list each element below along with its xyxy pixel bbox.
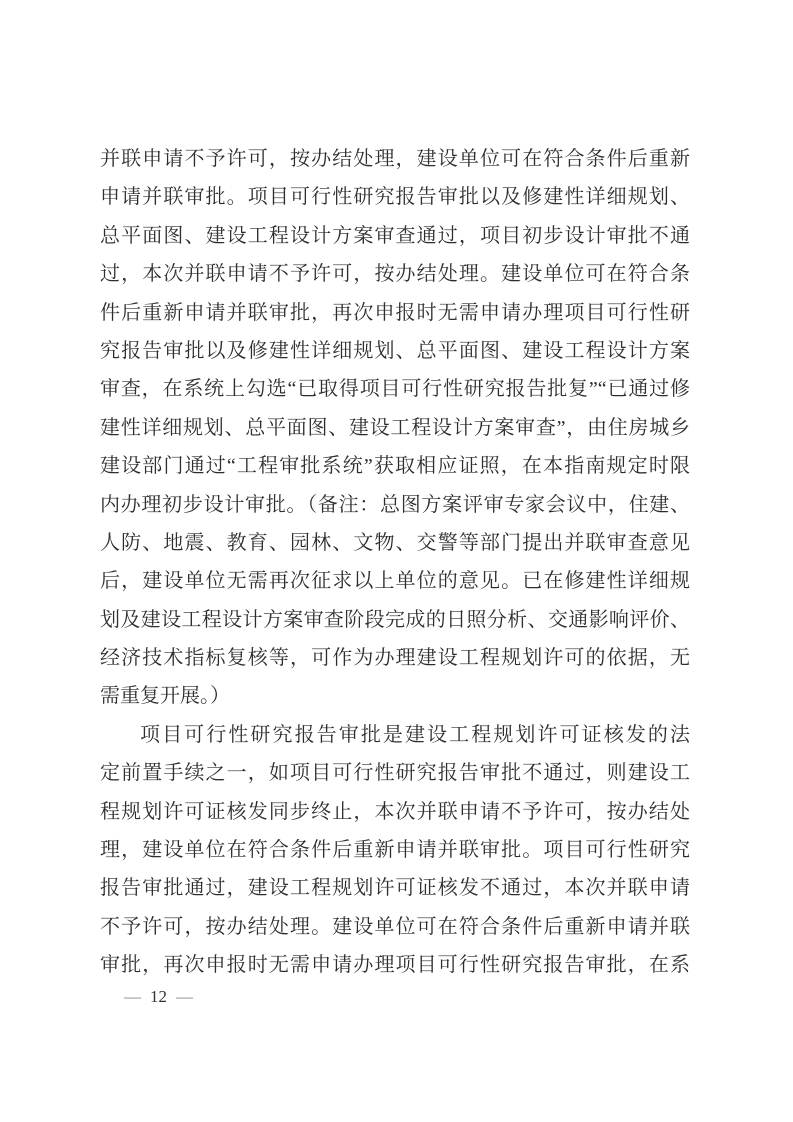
body-line: 内办理初步设计审批。（备注：总图方案评审专家会议中，住建、 xyxy=(100,486,690,524)
body-line: 总平面图、建设工程设计方案审查通过，项目初步设计审批不通 xyxy=(100,217,690,255)
body-line: 划及建设工程设计方案审查阶段完成的日照分析、交通影响评价、 xyxy=(100,601,690,639)
footer-dash-left: — xyxy=(124,987,141,1006)
page-number: 12 xyxy=(141,987,176,1006)
document-page: 并联申请不予许可，按办结处理，建设单位可在符合条件后重新 申请并联审批。项目可行… xyxy=(0,0,793,1122)
body-line: 程规划许可证核发同步终止，本次并联申请不予许可，按办结处 xyxy=(100,793,690,831)
body-line: 并联申请不予许可，按办结处理，建设单位可在符合条件后重新 xyxy=(100,140,690,178)
body-line: 审批，再次申报时无需申请办理项目可行性研究报告审批，在系 xyxy=(100,946,690,984)
body-line: 申请并联审批。项目可行性研究报告审批以及修建性详细规划、 xyxy=(100,178,690,216)
body-line: 报告审批通过，建设工程规划许可证核发不通过，本次并联申请 xyxy=(100,869,690,907)
body-line: 过，本次并联申请不予许可，按办结处理。建设单位可在符合条 xyxy=(100,255,690,293)
document-body: 并联申请不予许可，按办结处理，建设单位可在符合条件后重新 申请并联审批。项目可行… xyxy=(100,140,690,985)
footer-dash-right: — xyxy=(176,987,193,1006)
body-line: 究报告审批以及修建性详细规划、总平面图、建设工程设计方案 xyxy=(100,332,690,370)
body-line: 人防、地震、教育、园林、文物、交警等部门提出并联审查意见 xyxy=(100,524,690,562)
body-line: 定前置手续之一，如项目可行性研究报告审批不通过，则建设工 xyxy=(100,754,690,792)
body-line: 审查，在系统上勾选“已取得项目可行性研究报告批复”“已通过修 xyxy=(100,370,690,408)
body-line: 后，建设单位无需再次征求以上单位的意见。已在修建性详细规 xyxy=(100,562,690,600)
body-line-paragraph-end: 需重复开展。） xyxy=(100,677,690,715)
page-footer: —12— xyxy=(124,986,193,1008)
body-line: 理，建设单位在符合条件后重新申请并联审批。项目可行性研究 xyxy=(100,831,690,869)
body-line-paragraph-start: 项目可行性研究报告审批是建设工程规划许可证核发的法 xyxy=(100,716,690,754)
body-line: 不予许可，按办结处理。建设单位可在符合条件后重新申请并联 xyxy=(100,908,690,946)
body-line: 建设部门通过“工程审批系统”获取相应证照，在本指南规定时限 xyxy=(100,447,690,485)
body-line: 经济技术指标复核等，可作为办理建设工程规划许可的依据，无 xyxy=(100,639,690,677)
body-line: 件后重新申请并联审批，再次申报时无需申请办理项目可行性研 xyxy=(100,294,690,332)
body-line: 建性详细规划、总平面图、建设工程设计方案审查”，由住房城乡 xyxy=(100,409,690,447)
